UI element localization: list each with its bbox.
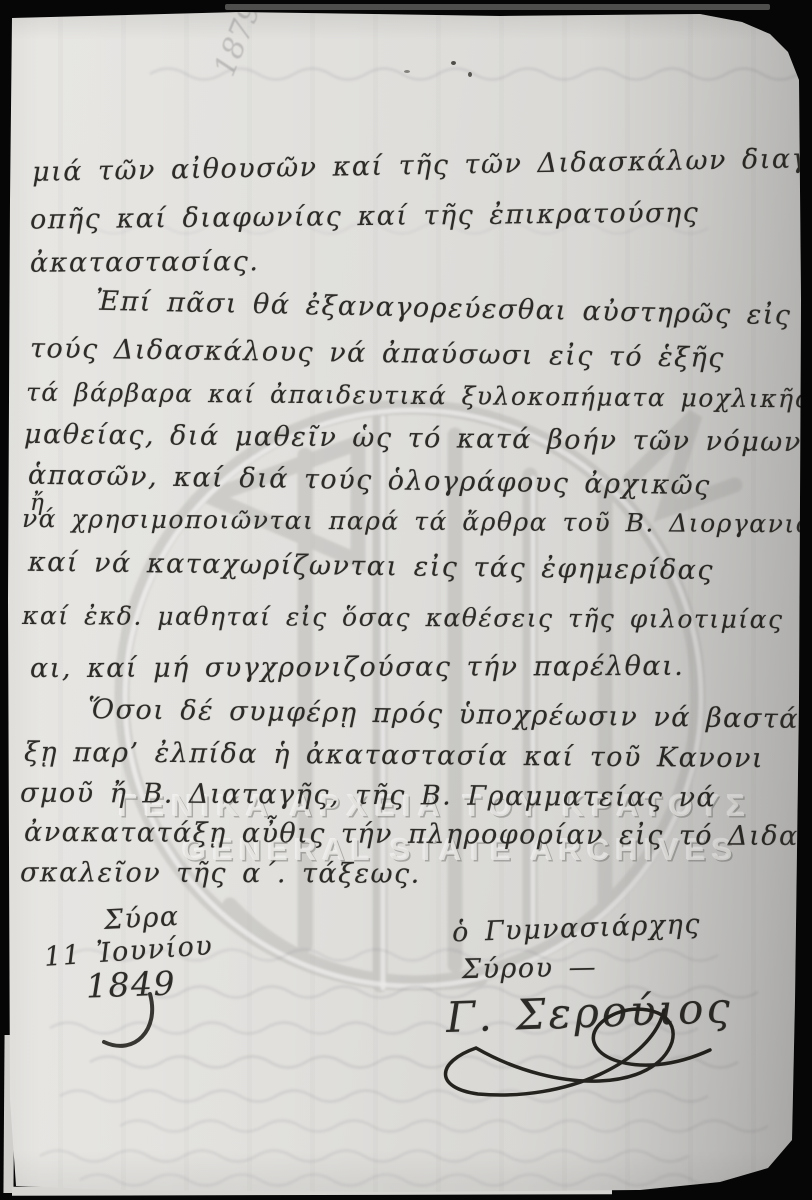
document-scan: ΓΕΝΙΚΑ ΑΡΧΕΙΑ ΤΟΥ ΚΡΑΤΟΥΣ GENERAL STATE …	[0, 0, 812, 1200]
paper-page: ΓΕΝΙΚΑ ΑΡΧΕΙΑ ΤΟΥ ΚΡΑΤΟΥΣ GENERAL STATE …	[0, 0, 812, 1200]
page-curvature-shading	[0, 0, 812, 1200]
adjacent-page-edge	[225, 4, 770, 10]
